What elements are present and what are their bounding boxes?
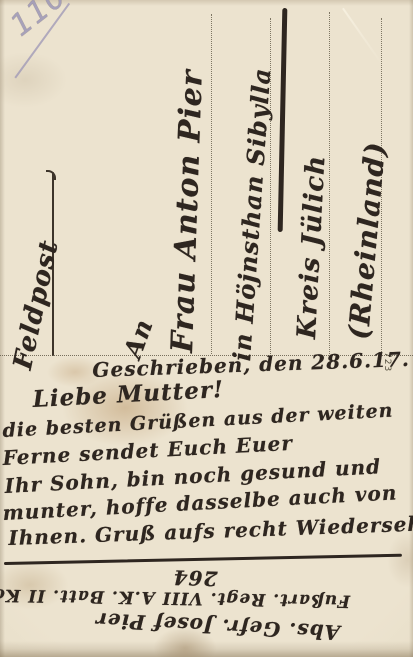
pencil-archive-number: 110: [4, 0, 73, 44]
postcard-scan: 110 Feldpost An Frau Anton Pier in Höjns…: [0, 0, 413, 657]
paper-crease: [342, 8, 384, 66]
greeting-line: Liebe Mutter!: [32, 376, 225, 413]
region-line: (Rheinland): [342, 39, 401, 341]
handdrawn-separator-line: [4, 554, 402, 565]
feldpost-label: Feldpost: [8, 156, 82, 373]
recipient-line: Frau Anton Pier: [165, 22, 211, 353]
sender-line-unit: Fußart. Regt. VIII A.K. Batt. II Komp.: [40, 585, 350, 610]
an-label: An: [118, 286, 169, 362]
address-rule-1: [211, 14, 212, 354]
sender-line-name: Abs. Gefr. Josef Pier: [120, 609, 341, 644]
address-underline-stroke: [278, 8, 288, 232]
street-line: in Höjnsthan Sibylla: [227, 1, 281, 362]
